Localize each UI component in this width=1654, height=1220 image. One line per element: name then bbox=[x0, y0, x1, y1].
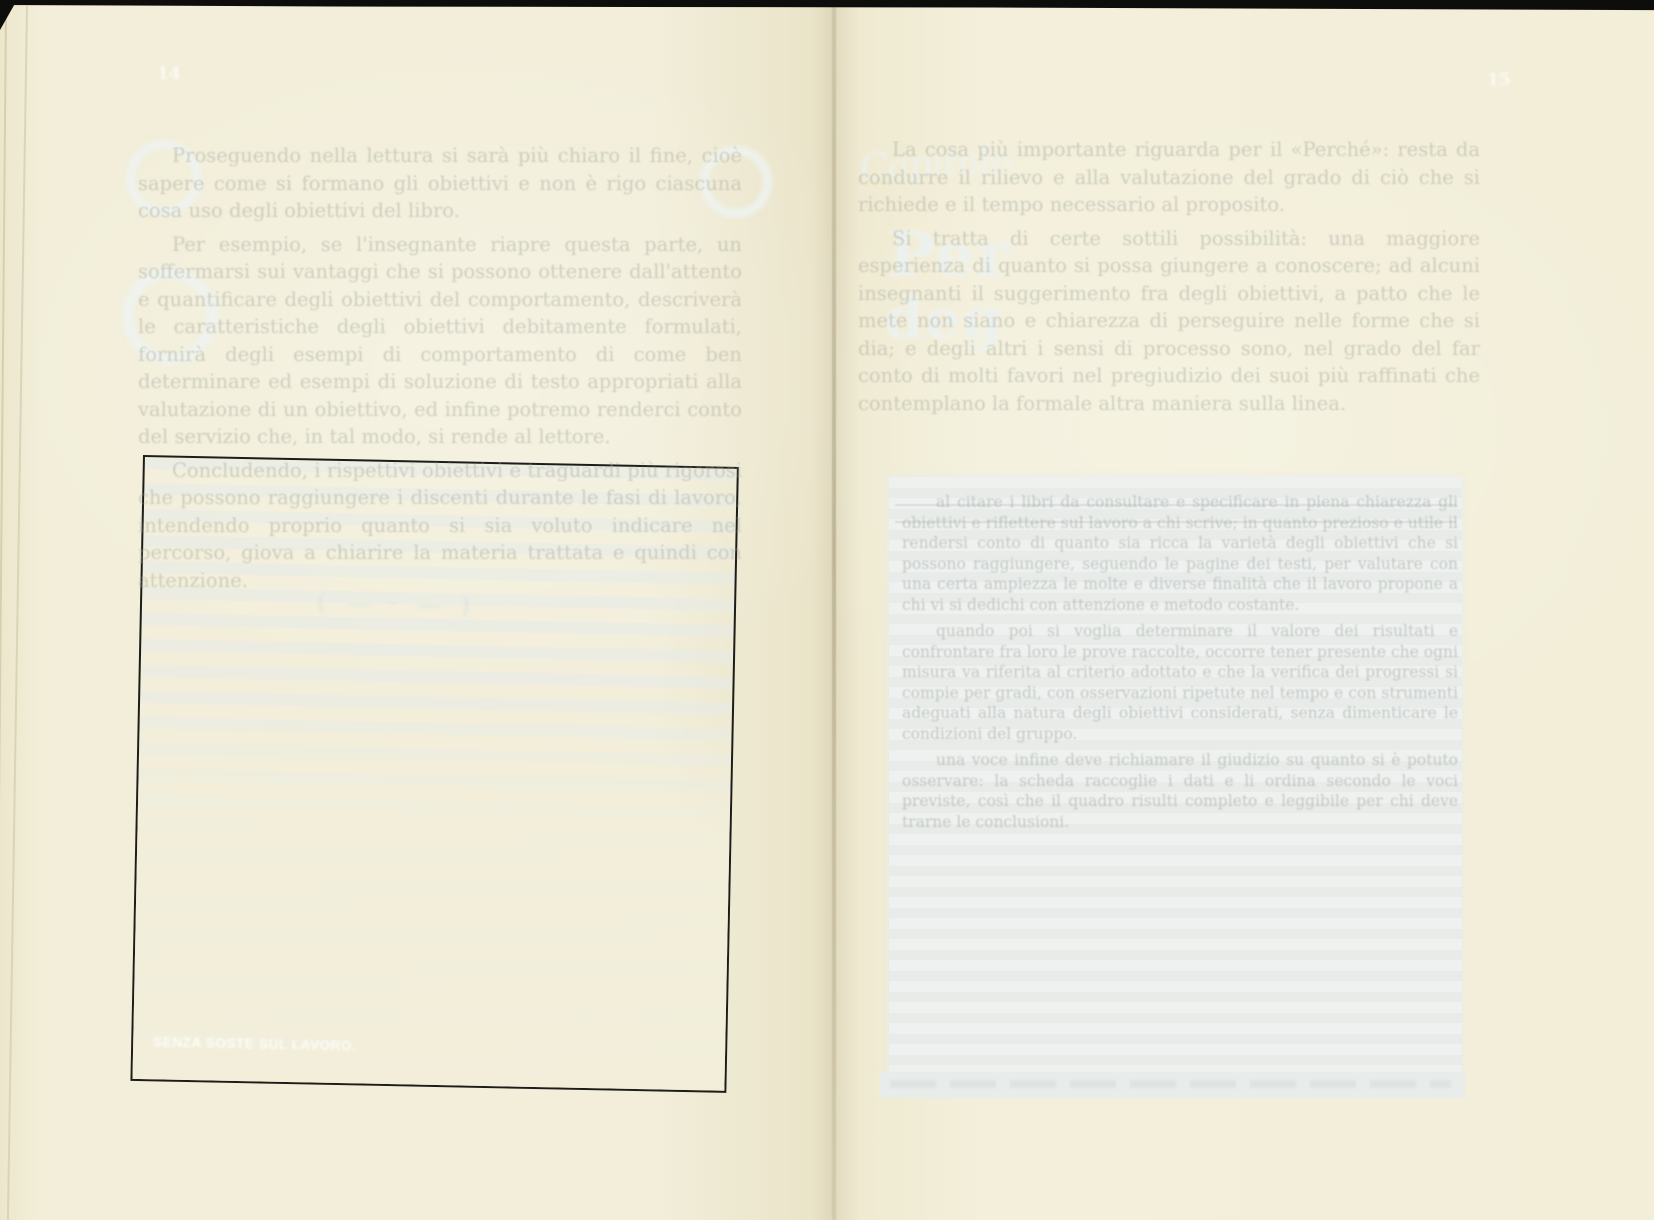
right-page-number: 15 bbox=[1487, 70, 1511, 90]
showthrough-tail-line bbox=[890, 1080, 1451, 1088]
figure-box-fade bbox=[132, 457, 736, 1091]
showthrough-rule bbox=[895, 521, 1456, 523]
showthrough-text-block bbox=[889, 477, 1462, 1077]
showthrough-block-tail bbox=[880, 1072, 1465, 1098]
book-scan: 14 15 Proseguendo nella lettura si sarà … bbox=[0, 0, 1654, 1220]
showthrough-rule bbox=[895, 504, 1456, 506]
figure-box: ( — · — ) SENZA SOSTE SUL LAVORO. bbox=[130, 455, 738, 1093]
book-spine-gutter bbox=[832, 6, 836, 1220]
left-page-number: 14 bbox=[157, 64, 181, 84]
